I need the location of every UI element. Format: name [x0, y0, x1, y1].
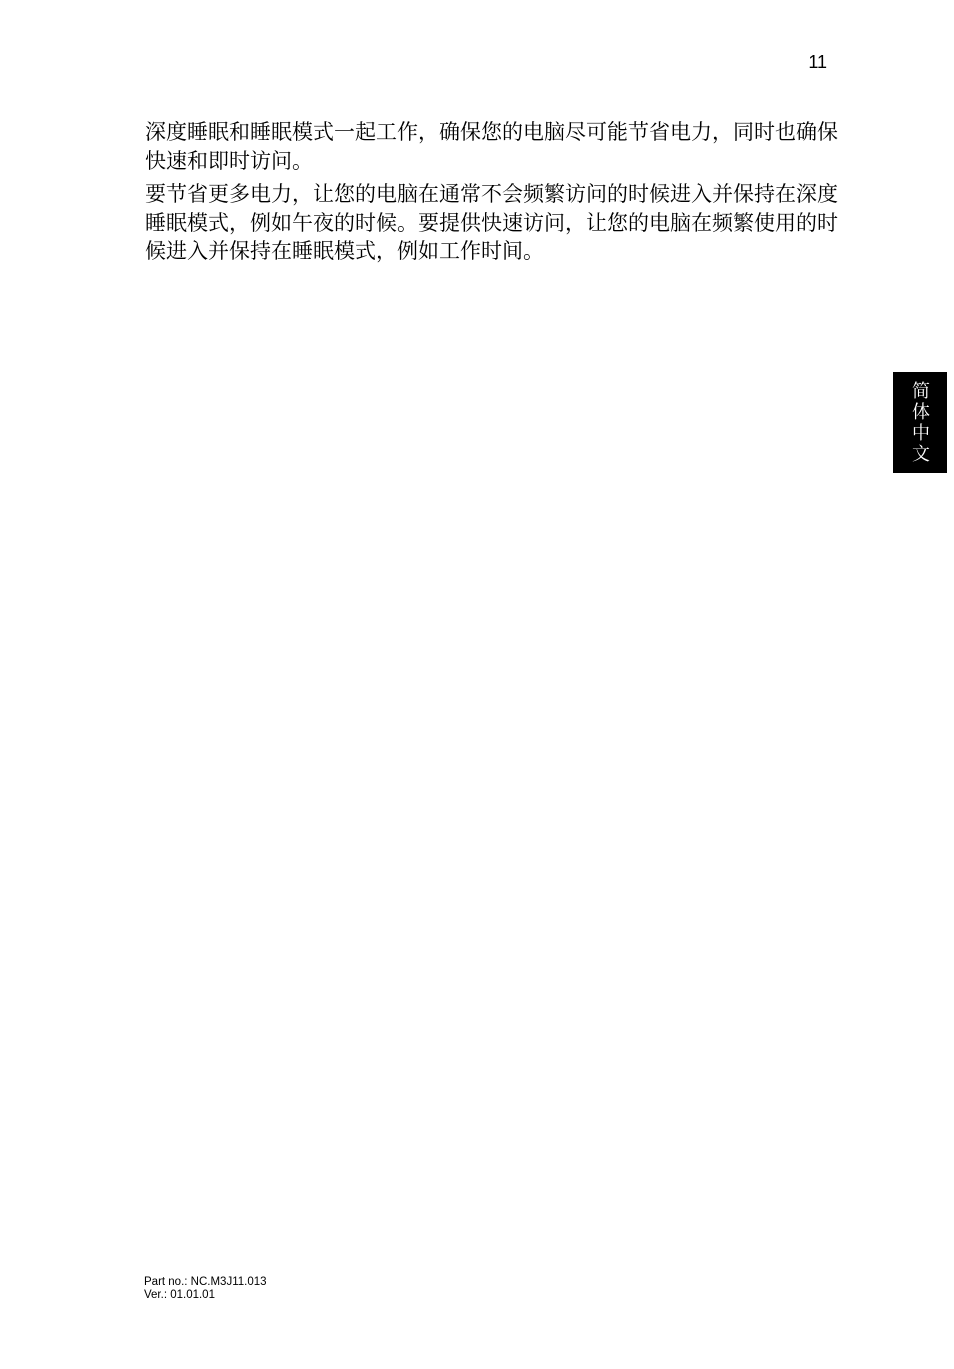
page-body-text: 深度睡眠和睡眠模式一起工作，确保您的电脑尽可能节省电力，同时也确保 快速和即时访…	[145, 119, 890, 272]
body-paragraph-1: 深度睡眠和睡眠模式一起工作，确保您的电脑尽可能节省电力，同时也确保 快速和即时访…	[145, 119, 890, 176]
language-section-tab-label: 简体中文	[911, 381, 929, 465]
footer-version: Ver.: 01.01.01	[144, 1289, 267, 1302]
footer-part-number: Part no.: NC.M3J11.013	[144, 1276, 267, 1289]
body-paragraph-2: 要节省更多电力，让您的电脑在通常不会频繁访问的时候进入并保持在深度 睡眠模式，例…	[145, 181, 890, 267]
language-section-tab: 简体中文	[893, 372, 947, 473]
page-footer: Part no.: NC.M3J11.013 Ver.: 01.01.01	[144, 1276, 267, 1301]
page-number: 11	[808, 52, 827, 72]
